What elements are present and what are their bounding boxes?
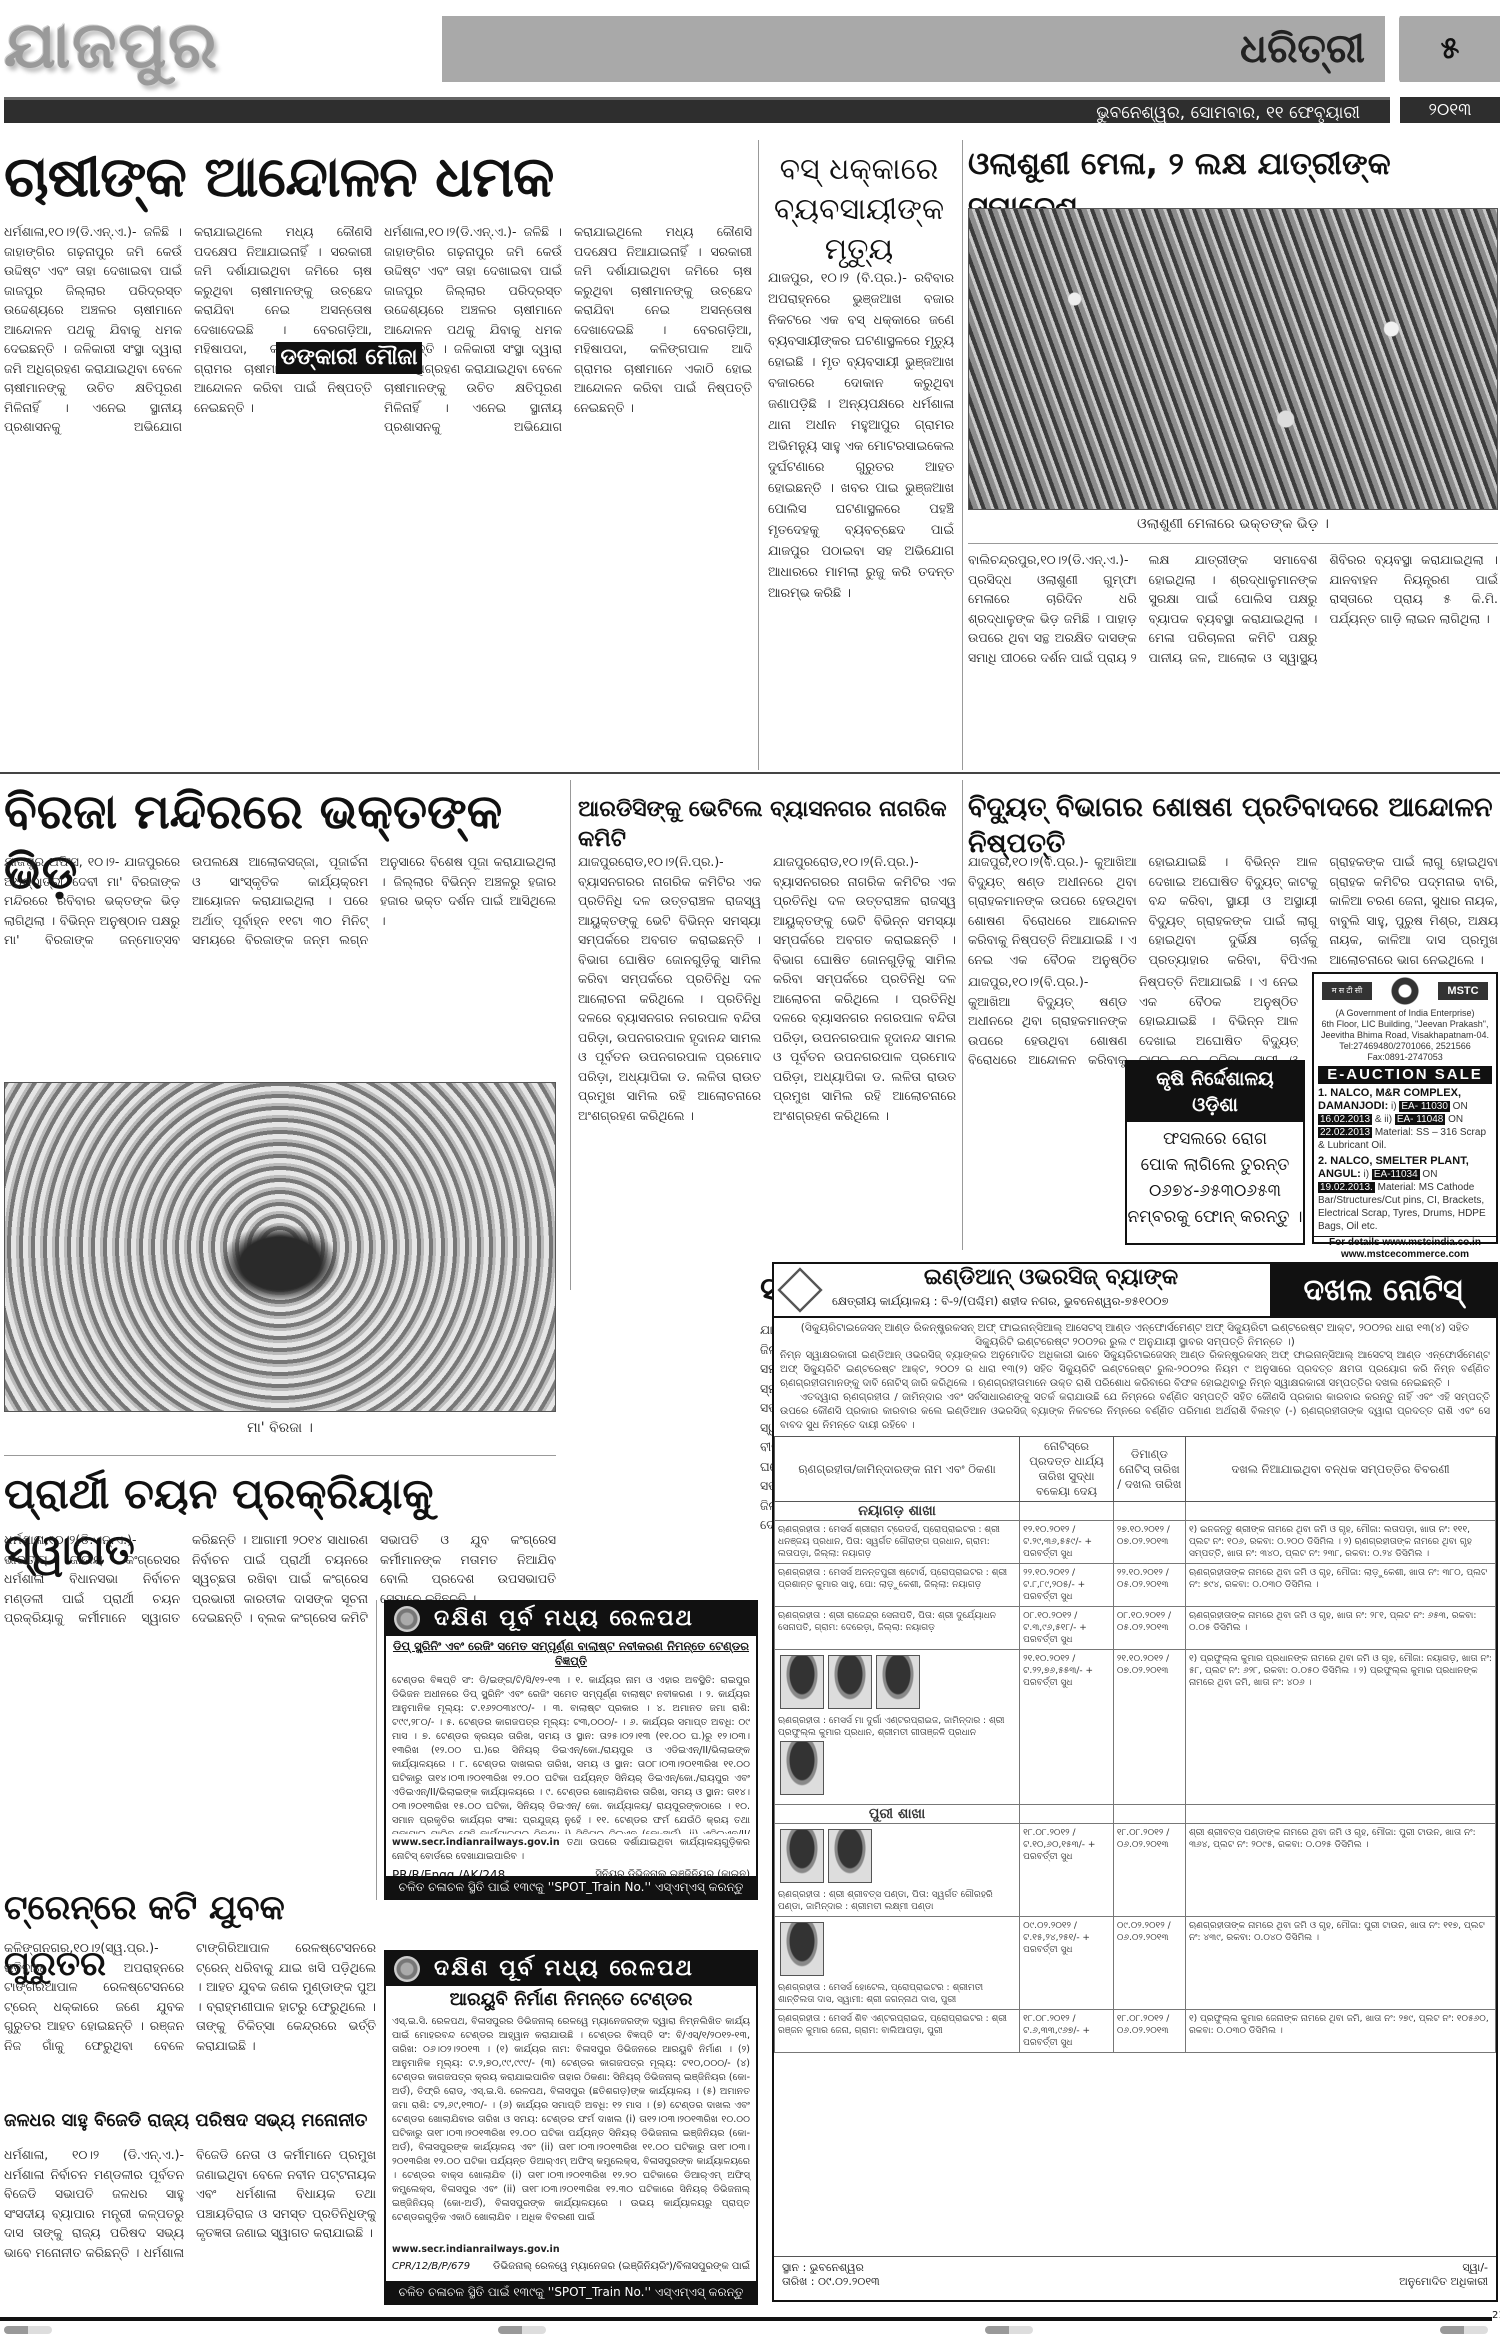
address-line: (A Government of India Enterprise) xyxy=(1314,1008,1496,1019)
table-row: ଋଣଗ୍ରହୀତା : ମେସର୍ସ ଶ୍ରୀରାମ ଟ୍ରେଡର୍ସ, ପ୍ର… xyxy=(775,1521,1496,1564)
property: ଋଣଗ୍ରହୀତାଙ୍କ ନାମରେ ଥିବା ଜମି ଓ ଗୃହ, ମୌଜା:… xyxy=(1185,1917,1495,2010)
signature: ସ୍ୱା/- xyxy=(1399,2261,1488,2275)
article-text: ଧର୍ମଶାଳା, ୧୦।୨ (ଡି.ଏନ୍.ଏ.)- ଧର୍ମଶାଳା ନିର… xyxy=(4,2145,376,2262)
photo-maa-biraja xyxy=(4,1082,556,1412)
page-marker: 21 xyxy=(1492,2310,1500,2321)
article-body-electricity: ଯାଜପୁର,୧୦।୨(ବି.ପ୍ର.)- କୁଆଖିଆ ବିଦ୍ୟୁତ୍ ଷଣ… xyxy=(968,852,1498,972)
section-rule xyxy=(0,772,1500,774)
article-text: ଯାଜପୁର ଅଫିସ, ୧୦।୨- ଯାଜପୁରରେ ଅଧିଷ୍ଠାତ୍ରୀ … xyxy=(4,852,556,950)
spot-train-footer: ଚଳିତ ଚଳାଚଳ ସ୍ଥିତି ପାଇଁ ୧୩୯କୁ ''SPOT_Trai… xyxy=(386,1876,756,1898)
krishi-line: ପୋକ ଲାଗିଲେ ତୁରନ୍ତ xyxy=(1127,1152,1303,1178)
section-banner: ଧରିତ୍ରୀ xyxy=(442,16,1385,82)
mstc-logo: MSTC xyxy=(1438,982,1488,1000)
reference-number: CPR/12/B/P/679 xyxy=(392,2261,470,2272)
spot-train-footer: ଚଳିତ ଚଳାଚଳ ସ୍ଥିତି ପାଇଁ ୧୩୯କୁ ''SPOT_Trai… xyxy=(386,2281,756,2303)
borrower: ଋଣଗ୍ରହୀତା : ମେସର୍ସ ଅନନ୍ତପୁରୀ ଷ୍ଟୋର୍ସ, ପ୍… xyxy=(775,1564,1020,1607)
due-amount: ୧୮.୦୮.୨୦୧୨ / ଟ.୧୦,୬୦,୧୫୩/- + ପରବର୍ତ୍ତୀ ସ… xyxy=(1020,1824,1114,1917)
notice-dates: ୦୮.୧୦.୨୦୧୨ / ୦୫.୦୨.୨୦୧୩ xyxy=(1113,1607,1185,1650)
tender-website-line: www.secr.indianrailways.gov.in ତଥା ଉପରେ … xyxy=(386,1834,756,1866)
ea-number: EA- 11048 xyxy=(1395,1114,1446,1125)
warning-text: ଏତଦ୍ୱାରା ଋଣଗ୍ରହୀତା / ଜାମିନ୍‌ଦାର ଏବଂ ସର୍ବ… xyxy=(780,1391,1490,1433)
property: ଶ୍ରୀ ଶ୍ରୀବତ୍ସ ପଣ୍ଡାଙ୍କ ନାମରେ ଥିବା ଜମି ଓ … xyxy=(1185,1824,1495,1917)
borrower: ଋଣଗ୍ରହୀତା : ମେସର୍ସ ହୋଟେଲ, ପ୍ରୋପ୍ରାଇଟର : … xyxy=(778,1982,1016,2006)
article-body-bus: ଯାଜପୁର, ୧୦।୨ (ବି.ପ୍ର.)- ରବିବାର ଅପରାହ୍ନରେ… xyxy=(768,268,954,768)
tender-subtitle: ଆରୟୁବି ନିର୍ମାଣ ନିମନ୍ତେ ଟେଣ୍ଡର xyxy=(386,1986,756,2013)
intro-text: ନିମ୍ନ ସ୍ୱାକ୍ଷରକାରୀ ଇଣ୍ଡିଆନ୍ ଓଭରସିଜ୍ ବ୍ୟା… xyxy=(780,1349,1490,1391)
mstc-logos: म स टी सी MSTC xyxy=(1314,974,1496,1008)
headline-vyasanagar: ଆରଡିସିଙ୍କୁ ଭେଟିଲେ ବ୍ୟାସନଗର ନାଗରିକ କମିଟି xyxy=(578,795,958,855)
auction-item-1: 1. NALCO, M&R COMPLEX, DAMANJODI: i) EA-… xyxy=(1314,1087,1496,1152)
branch-row: ନୟାଗଡ଼ ଶାଖା xyxy=(775,1502,1496,1521)
headline-bus: ବସ୍ ଧକ୍କାରେ ବ୍ୟବସାୟୀଙ୍କ ମୃତ୍ୟୁ xyxy=(764,150,954,270)
details-label: For details xyxy=(1329,1237,1380,1248)
registration-mark xyxy=(1440,2326,1488,2334)
ea-number: EA-11034 xyxy=(1372,1169,1420,1180)
borrower: ଋଣଗ୍ରହୀତା : ମେସର୍ସ ମା ଦୁର୍ଗା ଏଣ୍ଟରପ୍ରାଇଜ… xyxy=(778,1715,1016,1739)
bank-name: ଇଣ୍ଡିଆନ୍ ଓଭରସିଜ୍ ବ୍ୟାଙ୍କ xyxy=(832,1264,1270,1292)
bank-address: କ୍ଷେତ୍ରୀୟ କାର୍ଯ୍ୟାଳୟ : ବି-୨/(ପଶ୍ଚିମ) ଶହୀ… xyxy=(832,1292,1270,1310)
article-body-vyasanagar: ଯାଜପୁରରୋଡ,୧୦।୨(ନି.ପ୍ର.)- ବ୍ୟାସନଗରର ନାଗରି… xyxy=(578,852,956,1232)
due-amount: ୧୮.୦୮.୨୦୧୨ / ଟ.୬,୩୩,୯୬୭/- + ପରବର୍ତ୍ତୀ ସୁ… xyxy=(1020,2010,1114,2053)
railway-org: ଦକ୍ଷିଣ ପୂର୍ବ ମଧ୍ୟ ରେଳପଥ xyxy=(434,1956,694,1981)
article-body-olasuni: ବାଲିଚନ୍ଦ୍ରପୁର,୧୦।୨(ଡି.ଏନ୍.ଏ.)- ପ୍ରସିଦ୍ଧ … xyxy=(968,550,1498,765)
krishi-phone: ୦୬୭୪-୬୫୩୦୬୫୩ xyxy=(1127,1178,1303,1204)
krishi-line: ନମ୍ବରକୁ ଫୋନ୍ କରନ୍ତୁ । xyxy=(1127,1204,1303,1230)
property: ୧) ପ୍ରଫୁଲ୍ଲ କୁମାର ପ୍ରଧାନଙ୍କ ନାମରେ ଥିବା ଜ… xyxy=(1185,1650,1495,1805)
article-text: ଯାଜପୁରରୋଡ,୧୦।୨(ନି.ପ୍ର.)- ବ୍ୟାସନଗରର ନାଗରି… xyxy=(578,852,761,1125)
possession-table: ଋଣଗ୍ରହୀତା/ଜାମିନ୍‌ଦାରଙ୍କ ନାମ ଏବଂ ଠିକଣା ନୋ… xyxy=(774,1436,1496,2053)
pullquote: ଡଙ୍କାରୀ ମୌଜା xyxy=(276,342,422,374)
iob-name-block: ଇଣ୍ଡିଆନ୍ ଓଭରସିଜ୍ ବ୍ୟାଙ୍କ କ୍ଷେତ୍ରୀୟ କାର୍ଯ… xyxy=(826,1264,1270,1316)
notice-dates: ୦୯.୦୨.୨୦୧୨ / ୦୬.୦୨.୨୦୧୩ xyxy=(1113,1917,1185,2010)
dateline: ଭୁବନେଶ୍ୱର, ସୋମବାର, ୧୧ ଫେବୃୟାରୀ xyxy=(4,97,1390,123)
table-row: ଋଣଗ୍ରହୀତା : ମେସର୍ସ ଶିବ ଏଣ୍ଟରପ୍ରାଇଜ, ପ୍ରୋ… xyxy=(775,2010,1496,2053)
property: ଋଣଗ୍ରହୀତାଙ୍କ ନାମରେ ଥିବା ଜମି ଓ ଗୃହ, ମୌଜା:… xyxy=(1185,1564,1495,1607)
table-row: ଋଣଗ୍ରହୀତା : ମେସର୍ସ ହୋଟେଲ, ପ୍ରୋପ୍ରାଇଟର : … xyxy=(775,1917,1496,2010)
tender-website-line: www.secr.indianrailways.gov.in xyxy=(386,2241,756,2259)
borrower: ଋଣଗ୍ରହୀତା : ମେସର୍ସ ଶ୍ରୀରାମ ଟ୍ରେଡର୍ସ, ପ୍ର… xyxy=(775,1521,1020,1564)
headline-farmers: ଚାଷୀଙ୍କ ଆନ୍ଦୋଳନ ଧମକ xyxy=(4,143,754,213)
table-row: ଋଣଗ୍ରହୀତା : ଶ୍ରୀ ରାଜେନ୍ଦ୍ର ସେନାପତି, ପିତା… xyxy=(775,1607,1496,1650)
notice-title: ଦଖଲ ନୋଟିସ୍ xyxy=(1270,1264,1496,1316)
iob-intro: (ସିକ୍ୟୁରିଟାଇଜେସନ୍ ଆଣ୍ଡ ରିକନ୍‌ଷ୍ଟ୍ରକସନ୍ ଅ… xyxy=(774,1318,1496,1436)
divider xyxy=(968,543,1498,544)
ad-krishi: କୃଷି ନିର୍ଦ୍ଦେଶାଳୟ ଓଡ଼ିଶା ଫସଲରେ ରୋଗ ପୋକ ଲ… xyxy=(1125,1060,1305,1245)
railway-header: ଦକ୍ଷିଣ ପୂର୍ବ ମଧ୍ୟ ରେଳପଥ xyxy=(386,1602,756,1636)
auction-title: E-AUCTION SALE xyxy=(1318,1066,1492,1084)
registration-mark xyxy=(498,2326,546,2334)
railway-header: ଦକ୍ଷିଣ ପୂର୍ବ ମଧ୍ୟ ରେଳପଥ xyxy=(386,1952,756,1986)
notice-iob-possession: ଇଣ୍ଡିଆନ୍ ଓଭରସିଜ୍ ବ୍ୟାଙ୍କ କ୍ଷେତ୍ରୀୟ କାର୍ଯ… xyxy=(772,1262,1498,2302)
borrower-photo xyxy=(780,1655,824,1709)
tender-subtitle: ଡିପ୍ ସ୍କ୍ରିନିଂ ଏବଂ ରେଜିଂ ସମେତ ସମ୍ପୂର୍ଣ୍ଣ… xyxy=(386,1636,756,1672)
borrower-with-photos: ଋଣଗ୍ରହୀତା : ମେସର୍ସ ମା ଦୁର୍ଗା ଏଣ୍ଟରପ୍ରାଇଜ… xyxy=(775,1650,1020,1805)
table-header-row: ଋଣଗ୍ରହୀତା/ଜାମିନ୍‌ଦାରଙ୍କ ନାମ ଏବଂ ଠିକଣା ନୋ… xyxy=(775,1437,1496,1502)
notice-dates: ୨୭.୧୦.୨୦୧୨ / ୦୭.୦୨.୨୦୧୩ xyxy=(1113,1521,1185,1564)
borrower-with-photos: ଋଣଗ୍ରହୀତା : ଶ୍ରୀ ଶ୍ରୀବତ୍ସ ପଣ୍ଡା, ପିତା: ସ… xyxy=(775,1824,1020,1917)
article-text-continued: ଯାଜପୁର,୧୦।୨(ବି.ପ୍ର.)- କୁଆଖିଆ ବିଦ୍ୟୁତ୍ ଷଣ… xyxy=(968,972,1298,1072)
headline-jaladhar: ଜଳଧର ସାହୁ ବିଜେଡି ରାଜ୍ୟ ପରିଷଦ ସଭ୍ୟ ମନୋନୀତ xyxy=(4,2108,376,2134)
notice-dates: ୧୮.୦୮.୨୦୧୨ / ୦୬.୦୨.୨୦୧୩ xyxy=(1113,1824,1185,1917)
krishi-message: ଫସଲରେ ରୋଗ ପୋକ ଲାଗିଲେ ତୁରନ୍ତ ୦୬୭୪-୬୫୩୦୬୫୩… xyxy=(1127,1122,1303,1234)
article-text: ବାଲିଚନ୍ଦ୍ରପୁର,୧୦।୨(ଡି.ଏନ୍.ଏ.)- ପ୍ରସିଦ୍ଧ … xyxy=(968,550,1498,667)
date: ତାରିଖ : ୦୯.୦୨.୨୦୧୩ xyxy=(782,2275,880,2289)
railway-emblem-icon xyxy=(394,1606,420,1632)
mstc-url[interactable]: www.mstcindia.co.in xyxy=(1382,1237,1481,1248)
borrower-photo xyxy=(828,1655,872,1709)
mstc-links: For details www.mstcindia.co.in www.mstc… xyxy=(1314,1236,1496,1261)
place: ସ୍ଥାନ : ଭୁବନେଶ୍ୱର xyxy=(782,2261,880,2275)
borrower: ଋଣଗ୍ରହୀତା : ମେସର୍ସ ଶିବ ଏଣ୍ଟରପ୍ରାଇଜ, ପ୍ରୋ… xyxy=(775,2010,1020,2053)
divider xyxy=(4,1455,556,1456)
page-number: ୫ xyxy=(1400,16,1500,82)
krishi-title: କୃଷି ନିର୍ଦ୍ଦେଶାଳୟ xyxy=(1127,1066,1303,1092)
due-amount: ୨୧.୧୦.୨୦୧୨ / ଟ.୨୨,୭୬,୫୫୩/- + ପରବର୍ତ୍ତୀ ସ… xyxy=(1020,1650,1114,1805)
branch-name: ପୁରୀ ଶାଖା xyxy=(775,1805,1020,1824)
address-line: Jeevitha Bhima Road, Visakhapatnam-04. xyxy=(1314,1030,1496,1041)
ad-mstc: म स टी सी MSTC (A Government of India En… xyxy=(1312,972,1498,1244)
photo-olasuni-crowd xyxy=(968,208,1498,510)
borrower: ଋଣଗ୍ରହୀତା : ଶ୍ରୀ ଶ୍ରୀବତ୍ସ ପଣ୍ଡା, ପିତା: ସ… xyxy=(778,1889,1016,1913)
ea-date: 22.02.2013 xyxy=(1318,1127,1372,1138)
ea-date: 19.02.2013. xyxy=(1318,1182,1375,1193)
borrower-photo xyxy=(780,1922,824,1976)
col-header-property: ଦଖଲ ନିଆଯାଇଥିବା ବନ୍ଧକ ସମ୍ପତ୍ତିର ବିବରଣୀ xyxy=(1185,1437,1495,1502)
borrower-photo xyxy=(780,1829,824,1883)
due-amount: ୨୨.୧୦.୨୦୧୨ / ଟ.୮,୮୯,୨୦୫/- + ପରବର୍ତ୍ତୀ ସୁ… xyxy=(1020,1564,1114,1607)
due-amount: ୧୨.୧୦.୨୦୧୨ / ଟ.୨୯,୩୬,୫୫୯/- + ପରବର୍ତ୍ତୀ ସ… xyxy=(1020,1521,1114,1564)
notice-dates: ୨୧.୧୦.୨୦୧୨ / ୦୭.୦୨.୨୦୧୩ xyxy=(1113,1650,1185,1805)
table-row: ଋଣଗ୍ରହୀତା : ମେସର୍ସ ଅନନ୍ତପୁରୀ ଷ୍ଟୋର୍ସ, ପ୍… xyxy=(775,1564,1496,1607)
act-reference: (ସିକ୍ୟୁରିଟାଇଜେସନ୍ ଆଣ୍ଡ ରିକନ୍‌ଷ୍ଟ୍ରକସନ୍ ଅ… xyxy=(780,1321,1490,1349)
year: ୨୦୧୩ xyxy=(1400,97,1500,123)
mstc-emblem-icon xyxy=(1387,976,1423,1006)
ad-railway-tender-ballast: ଦକ୍ଷିଣ ପୂର୍ବ ମଧ୍ୟ ରେଳପଥ ଡିପ୍ ସ୍କ୍ରିନିଂ ଏ… xyxy=(384,1600,758,1900)
address-line: 6th Floor, LIC Building, "Jeevan Prakash… xyxy=(1314,1019,1496,1030)
ea-number: EA- 11030 xyxy=(1399,1101,1450,1112)
article-body-farmers: ଧର୍ମଶାଳା,୧୦।୨(ଡି.ଏନ୍.ଏ.)- ଜଳିଛି । ଜାହାଙ୍… xyxy=(4,222,752,762)
property: ୧) ଇନଜନ୍ତୁ ଶ୍ରୀଙ୍କ ନାମରେ ଥିବା ଜମି ଓ ଗୃହ,… xyxy=(1185,1521,1495,1564)
col-header-borrower: ଋଣଗ୍ରହୀତା/ଜାମିନ୍‌ଦାରଙ୍କ ନାମ ଏବଂ ଠିକଣା xyxy=(775,1437,1020,1502)
footer-rule xyxy=(0,2317,1492,2321)
column-divider xyxy=(376,1600,377,1900)
column-divider xyxy=(962,780,963,1250)
property: ଋଣଗ୍ରହୀତାଙ୍କ ନାମରେ ଥିବା ଜମି ଓ ଗୃହ, ଖାତା … xyxy=(1185,1607,1495,1650)
iob-logo-icon xyxy=(777,1267,822,1312)
col-header-dates: ଡିମାଣ୍ଡ ନୋଟିସ୍ ତାରିଖ / ଦଖଲ ତାରିଖ xyxy=(1113,1437,1185,1502)
article-body-jaladhar: ଧର୍ମଶାଳା, ୧୦।୨ (ଡି.ଏନ୍.ଏ.)- ଧର୍ମଶାଳା ନିର… xyxy=(4,2145,376,2310)
authorized-officer: ଅନୁମୋଦିତ ଅଧିକାରୀ xyxy=(1399,2275,1488,2289)
branch-name: ନୟାଗଡ଼ ଶାଖା xyxy=(775,1502,1020,1521)
notice-dates: ୨୨.୧୦.୨୦୧୨ / ୦୫.୦୨.୨୦୧୩ xyxy=(1113,1564,1185,1607)
railway-emblem-icon xyxy=(394,1956,420,1982)
mstc-ecommerce-url[interactable]: www.mstcecommerce.com xyxy=(1341,1249,1469,1260)
ad-railway-tender-rub: ଦକ୍ଷିଣ ପୂର୍ବ ମଧ୍ୟ ରେଳପଥ ଆରୟୁବି ନିର୍ମାଣ ନ… xyxy=(384,1950,758,2305)
article-body-train: କଳିଙ୍ଗନଗର,୧୦।୨(ସ୍ୱ.ପ୍ର.)- ରବିବାର ଅପରାହ୍ନ… xyxy=(4,1938,376,2098)
borrower-with-photos: ଋଣଗ୍ରହୀତା : ମେସର୍ସ ହୋଟେଲ, ପ୍ରୋପ୍ରାଇଟର : … xyxy=(775,1917,1020,2010)
fax: Fax:0891-2747053 xyxy=(1314,1052,1496,1063)
column-divider xyxy=(962,140,963,770)
tender-body: ଏସ୍.ଇ.ସି. ରେଳପଥ, ବିଳାସପୁରର ଡିଭିଜନାଲ୍ ରେଳ… xyxy=(386,2013,756,2241)
section-title: ଧରିତ୍ରୀ xyxy=(1240,16,1365,82)
iob-signature-block: ସ୍ଥାନ : ଭୁବନେଶ୍ୱର ତାରିଖ : ୦୯.୦୨.୨୦୧୩ ସ୍ୱ… xyxy=(774,2256,1496,2300)
photo-caption-biraja: ମା' ବିରଜା । xyxy=(4,1420,556,1436)
mstc-hindi-logo: म स टी सी xyxy=(1322,982,1372,1000)
newspaper-logo: ଯାଜପୁର xyxy=(4,4,424,88)
table-row: ଋଣଗ୍ରହୀତା : ଶ୍ରୀ ଶ୍ରୀବତ୍ସ ପଣ୍ଡା, ପିତା: ସ… xyxy=(775,1824,1496,1917)
railway-org: ଦକ୍ଷିଣ ପୂର୍ବ ମଧ୍ୟ ରେଳପଥ xyxy=(434,1606,694,1631)
due-amount: ୦୯.୦୨.୨୦୧୨ / ଟ.୧୫,୨୪,୨୫୧/- + ପରବର୍ତ୍ତୀ ସ… xyxy=(1020,1917,1114,2010)
article-text: ଧର୍ମଶାଳା,୧୦।୨(ଡି.ଏନ୍.ଏ.)- ଜଳିଛି । ଜାହାଙ୍… xyxy=(4,222,372,437)
iob-header: ଇଣ୍ଡିଆନ୍ ଓଭରସିଜ୍ ବ୍ୟାଙ୍କ କ୍ଷେତ୍ରୀୟ କାର୍ଯ… xyxy=(774,1264,1496,1318)
registration-mark xyxy=(985,2326,1033,2334)
article-text-continued: ଧର୍ମଶାଳା,୧୦।୨(ଡି.ଏନ୍.ଏ.)- ଜଳିଛି । ଜାହାଙ୍… xyxy=(384,222,752,437)
article-text: କଳିଙ୍ଗନଗର,୧୦।୨(ସ୍ୱ.ପ୍ର.)- ରବିବାର ଅପରାହ୍ନ… xyxy=(4,1938,376,2055)
railway-website-link[interactable]: www.secr.indianrailways.gov.in xyxy=(392,2244,560,2255)
article-text-continued: ଯାଜପୁରରୋଡ,୧୦।୨(ନି.ପ୍ର.)- ବ୍ୟାସନଗରର ନାଗରି… xyxy=(773,852,956,1125)
signatory: ଡିଭିଜନାଲ୍ ରେଳୱେ ମ୍ୟାନେଜର (ଇଞ୍ଜିନିୟରିଂ)/ବ… xyxy=(493,2261,750,2272)
branch-row: ପୁରୀ ଶାଖା xyxy=(775,1805,1496,1824)
table-row: ଋଣଗ୍ରହୀତା : ମେସର୍ସ ମା ଦୁର୍ଗା ଏଣ୍ଟରପ୍ରାଇଜ… xyxy=(775,1650,1496,1805)
borrower-photo xyxy=(876,1655,920,1709)
telephone: Tel:27469480/2701066, 2521566 xyxy=(1314,1041,1496,1052)
property: ୧) ପ୍ରଫୁଲ୍ଲ କୁମାର ଜେନାଙ୍କ ନାମରେ ଥିବା ଜମି… xyxy=(1185,2010,1495,2053)
borrower-photo xyxy=(780,1741,824,1795)
mstc-address: (A Government of India Enterprise) 6th F… xyxy=(1314,1008,1496,1063)
article-text: ଯାଜପୁର,୧୦।୨(ବି.ପ୍ର.)- କୁଆଖିଆ ବିଦ୍ୟୁତ୍ ଷଣ… xyxy=(968,852,1498,969)
article-body-biraja: ଯାଜପୁର ଅଫିସ, ୧୦।୨- ଯାଜପୁରରେ ଅଧିଷ୍ଠାତ୍ରୀ … xyxy=(4,852,556,1082)
due-amount: ୦୮.୧୦.୨୦୧୨ / ଟ.୩,୯୬,୫୧୮/- + ପରବର୍ତ୍ତୀ ସୁ… xyxy=(1020,1607,1114,1650)
ea-date: 16.02.2013 xyxy=(1318,1114,1372,1125)
article-body-electricity-cont: ଯାଜପୁର,୧୦।୨(ବି.ପ୍ର.)- କୁଆଖିଆ ବିଦ୍ୟୁତ୍ ଷଣ… xyxy=(968,972,1298,1072)
notice-dates: ୧୮.୦୮.୨୦୧୨ / ୦୬.୦୨.୨୦୧୩ xyxy=(1113,2010,1185,2053)
column-divider xyxy=(570,780,571,1290)
col-header-dues: ନୋଟିସ୍‌ରେ ପ୍ରଦତ୍ତ ଧାର୍ଯ୍ୟ ତାରିଖ ସୁଦ୍ଧା ବ… xyxy=(1020,1437,1114,1502)
borrower-photo xyxy=(828,1829,872,1883)
auction-item-2: 2. NALCO, SMELTER PLANT, ANGUL: i) EA-11… xyxy=(1314,1155,1496,1233)
railway-signature: CPR/12/B/P/679 ଡିଭିଜନାଲ୍ ରେଳୱେ ମ୍ୟାନେଜର … xyxy=(386,2259,756,2274)
tender-body: ଟେଣ୍ଡର ବିଜ୍ଞପ୍ତି ସଂ: ଡି/ଇଙ୍ଗ/ଟି/ସି/୧୨-୧୩… xyxy=(386,1672,756,1834)
krishi-subtitle: ଓଡ଼ିଶା xyxy=(1127,1092,1303,1118)
article-text: ଯାଜପୁର, ୧୦।୨ (ବି.ପ୍ର.)- ରବିବାର ଅପରାହ୍ନରେ… xyxy=(768,268,954,604)
borrower: ଋଣଗ୍ରହୀତା : ଶ୍ରୀ ରାଜେନ୍ଦ୍ର ସେନାପତି, ପିତା… xyxy=(775,1607,1020,1650)
railway-website-link[interactable]: www.secr.indianrailways.gov.in xyxy=(392,1837,560,1848)
photo-caption-olasuni: ଓଲାଶୁଣୀ ମେଳାରେ ଭକ୍ତଙ୍କ ଭିଡ଼ । xyxy=(968,516,1498,532)
krishi-line: ଫସଲରେ ରୋଗ xyxy=(1127,1126,1303,1152)
krishi-header: କୃଷି ନିର୍ଦ୍ଦେଶାଳୟ ଓଡ଼ିଶା xyxy=(1127,1062,1303,1122)
column-divider xyxy=(758,140,759,770)
registration-mark xyxy=(4,2326,52,2334)
